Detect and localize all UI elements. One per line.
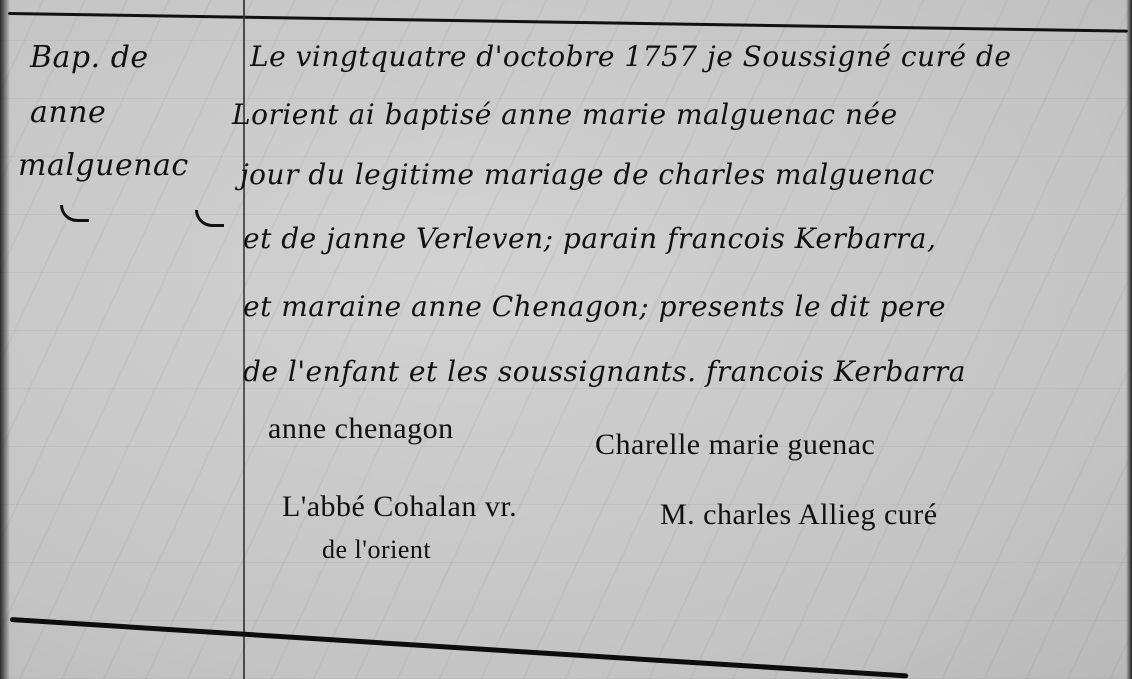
record-line-4: et de janne Verleven; parain francois Ke… — [243, 222, 936, 255]
signature-priest-right: M. charles Allieg curé — [660, 498, 938, 532]
entry-bottom-rule — [10, 617, 909, 679]
record-line-2: Lorient ai baptisé anne marie malguenac … — [232, 98, 898, 131]
signature-priest-left-place: de l'orient — [322, 535, 431, 565]
signature-father: Charelle marie guenac — [595, 428, 875, 462]
signature-priest-left: L'abbé Cohalan vr. — [282, 490, 517, 524]
margin-note-line-3: malguenac — [18, 148, 189, 183]
record-line-6: de l'enfant et les soussignants. francoi… — [243, 355, 966, 388]
flourish-mark — [60, 205, 89, 222]
scanned-register-page: Bap. de anne malguenac Le vingtquatre d'… — [0, 0, 1132, 679]
flourish-mark — [195, 210, 224, 227]
signature-godmother: anne chenagon — [268, 412, 454, 446]
record-line-3: jour du legitime mariage de charles malg… — [240, 158, 935, 191]
page-binding-shadow — [0, 0, 10, 679]
record-line-5: et maraine anne Chenagon; presents le di… — [243, 290, 946, 323]
record-line-1: Le vingtquatre d'octobre 1757 je Soussig… — [250, 40, 1011, 73]
margin-note-line-2: anne — [30, 95, 106, 130]
entry-top-rule — [8, 12, 1128, 33]
page-edge-shadow — [1126, 0, 1132, 679]
margin-note-line-1: Bap. de — [30, 40, 149, 75]
